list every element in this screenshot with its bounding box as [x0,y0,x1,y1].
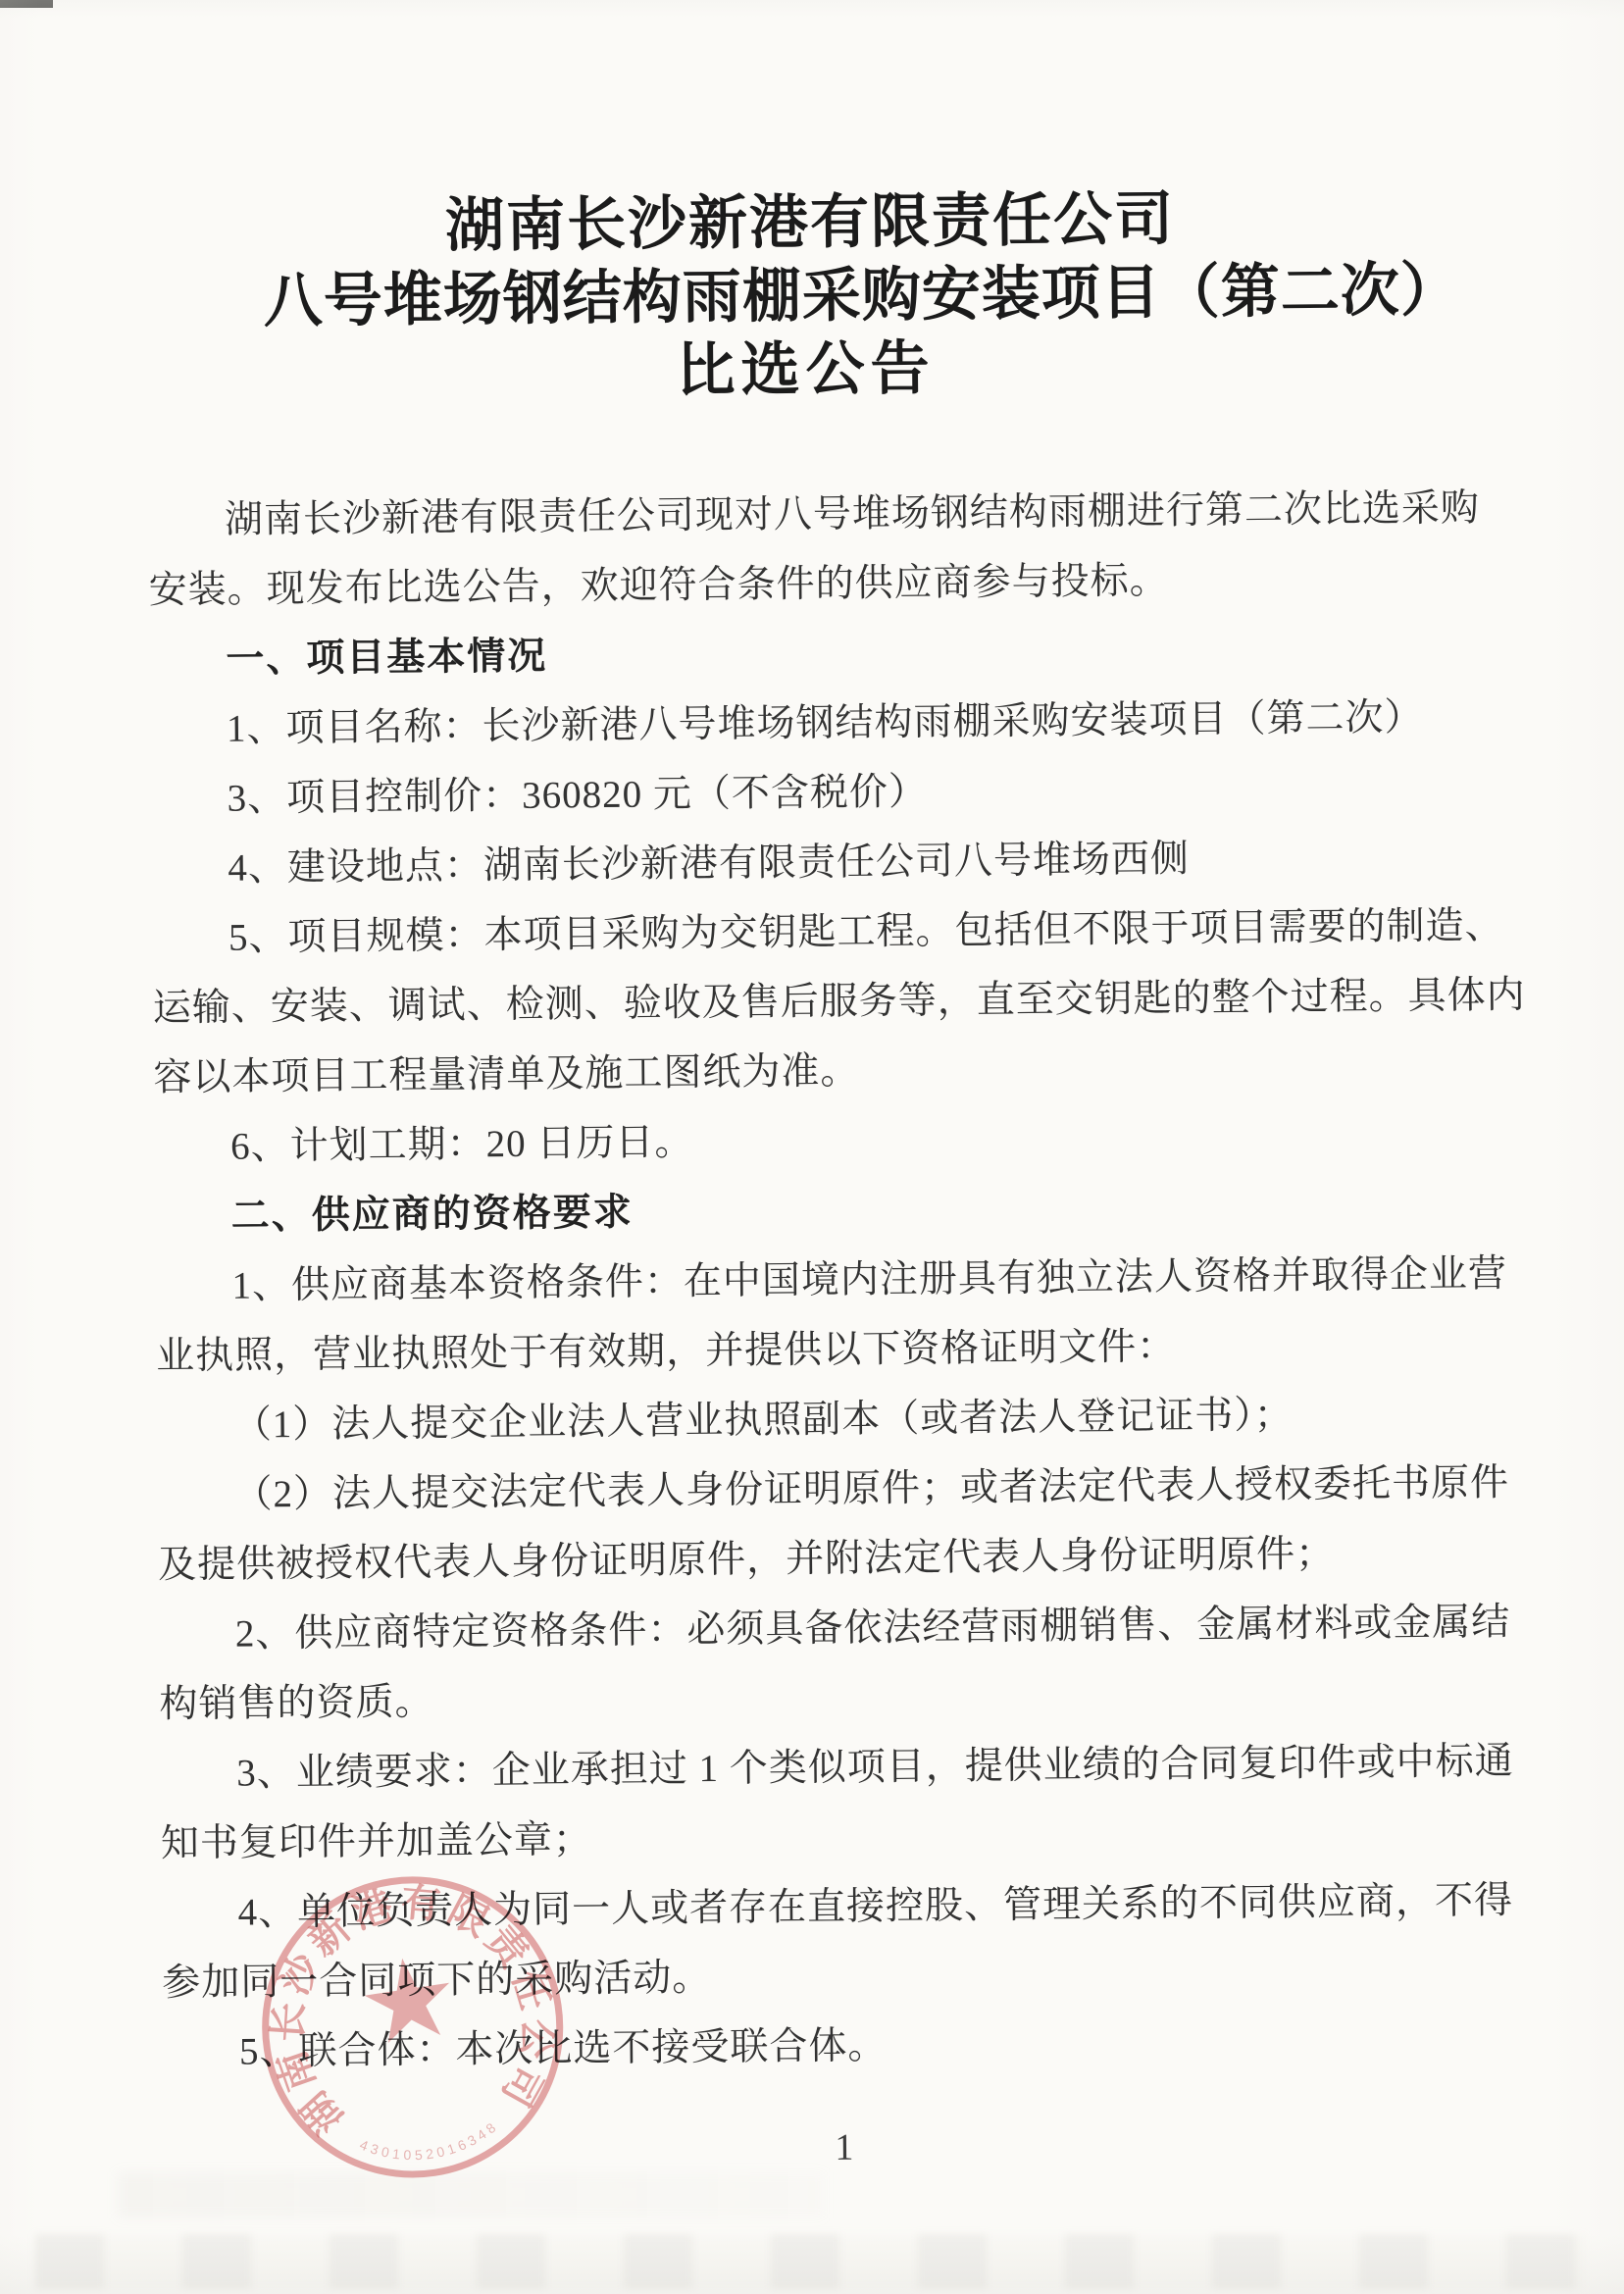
company-seal-stamp: 湖南长沙新港有限责任公司 4301052016348 [228,1843,596,2211]
body-line: （2）法人提交法定代表人身份证明原件；或者法定代表人授权委托书原件 [157,1448,1541,1531]
scan-artifact-smudge [118,2172,824,2218]
body-line: 6、计划工期：20 日历日。 [154,1099,1538,1183]
scan-artifact-corner [0,0,53,8]
scan-artifact-bottom-band [35,2234,1585,2289]
body-line: 1、项目名称：长沙新港八号堆场钢结构雨棚采购安装项目（第二次） [150,682,1534,765]
body-line: 容以本项目工程量清单及施工图纸为准。 [153,1030,1537,1113]
body-line: 湖南长沙新港有限责任公司现对八号堆场钢结构雨棚进行第二次比选采购 [148,473,1532,556]
section-heading-1: 一、项目基本情况 [149,612,1533,695]
body-line: 业执照，营业执照处于有效期，并提供以下资格证明文件： [156,1308,1540,1392]
body-line: 构销售的资质。 [159,1657,1543,1740]
body-line: 3、业绩要求：企业承担过 1 个类似项目，提供业绩的合同复印件或中标通 [160,1726,1544,1810]
title-line-project: 八号堆场钢结构雨棚采购安装项目（第二次） [49,252,1624,341]
seal-serial-text: 4301052016348 [356,2116,505,2172]
star-icon [360,1952,457,2045]
body-line: 4、建设地点：湖南长沙新港有限责任公司八号堆场西侧 [151,821,1535,904]
body-line: 及提供被授权代表人身份证明原件，并附法定代表人身份证明原件； [158,1517,1542,1601]
body-line: 3、项目控制价：360820 元（不含税价） [150,751,1534,835]
document-title: 湖南长沙新港有限责任公司 八号堆场钢结构雨棚采购安装项目（第二次） 比选公告 [0,178,1618,415]
scanned-document-page: 湖南长沙新港有限责任公司 八号堆场钢结构雨棚采购安装项目（第二次） 比选公告 湖… [0,0,1624,2294]
body-line: 知书复印件并加盖公章； [161,1796,1545,1879]
body-line: （1）法人提交企业法人营业执照副本（或者法人登记证书）； [156,1378,1540,1461]
body-line: 5、项目规模：本项目采购为交钥匙工程。包括但不限于项目需要的制造、 [152,891,1536,974]
body-line: 运输、安装、调试、检测、验收及售后服务等，直至交钥匙的整个过程。具体内 [152,960,1536,1044]
body-line: 2、供应商特定资格条件：必须具备依法经营雨棚销售、金属材料或金属结 [159,1587,1543,1670]
title-line-notice-type: 比选公告 [0,326,1618,415]
section-heading-2: 二、供应商的资格要求 [154,1169,1538,1252]
document-body: 湖南长沙新港有限责任公司现对八号堆场钢结构雨棚进行第二次比选采购 安装。现发布比… [0,472,1624,2089]
document-sheet: 湖南长沙新港有限责任公司 八号堆场钢结构雨棚采购安装项目（第二次） 比选公告 湖… [0,0,1624,2294]
body-line: 安装。现发布比选公告，欢迎符合条件的供应商参与投标。 [148,542,1532,626]
body-line: 1、供应商基本资格条件：在中国境内注册具有独立法人资格并取得企业营 [155,1239,1539,1322]
